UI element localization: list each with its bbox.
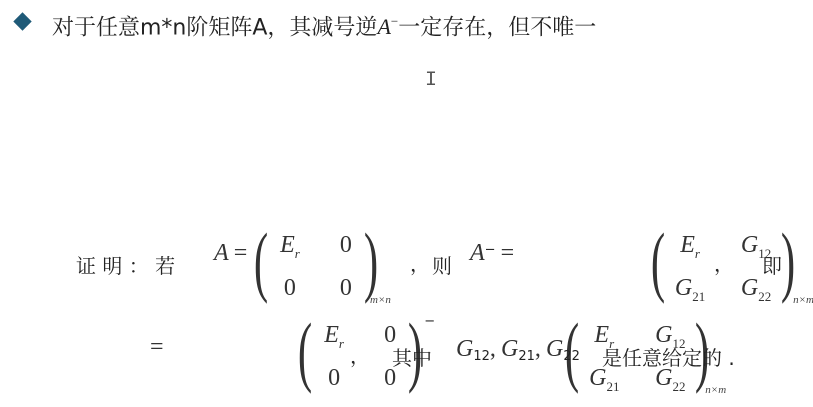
proof-label: 证 明 ： 若 bbox=[76, 250, 175, 279]
comma: ， bbox=[350, 340, 370, 369]
ie-label: 即 bbox=[762, 250, 782, 279]
equation-Ainv: A− = bbox=[470, 240, 514, 267]
heading-math: A− bbox=[377, 14, 398, 39]
comma: ， bbox=[714, 248, 734, 277]
comma: ， bbox=[410, 248, 430, 277]
theorem-heading: 对于任意m*n阶矩阵A，其减号逆A−一定存在，但不唯一 bbox=[52, 6, 596, 44]
matrix-A: ( Er 0 0 0 ) m×n bbox=[256, 228, 376, 300]
equals: = bbox=[150, 334, 164, 361]
text-cursor-icon: I bbox=[425, 69, 437, 92]
conclusion-text: 是任意给定的 . bbox=[602, 342, 735, 371]
diamond-bullet-icon bbox=[13, 12, 31, 30]
where-label: 其中 bbox=[392, 342, 432, 371]
then-label: 则 bbox=[432, 250, 452, 279]
g-list: G12, G21, G22 bbox=[456, 336, 580, 364]
equation-A: A = bbox=[214, 240, 247, 267]
heading-text: 对于任意m*n阶矩阵A，其减号逆 bbox=[52, 15, 377, 40]
heading-text-after: 一定存在，但不唯一 bbox=[398, 15, 596, 40]
